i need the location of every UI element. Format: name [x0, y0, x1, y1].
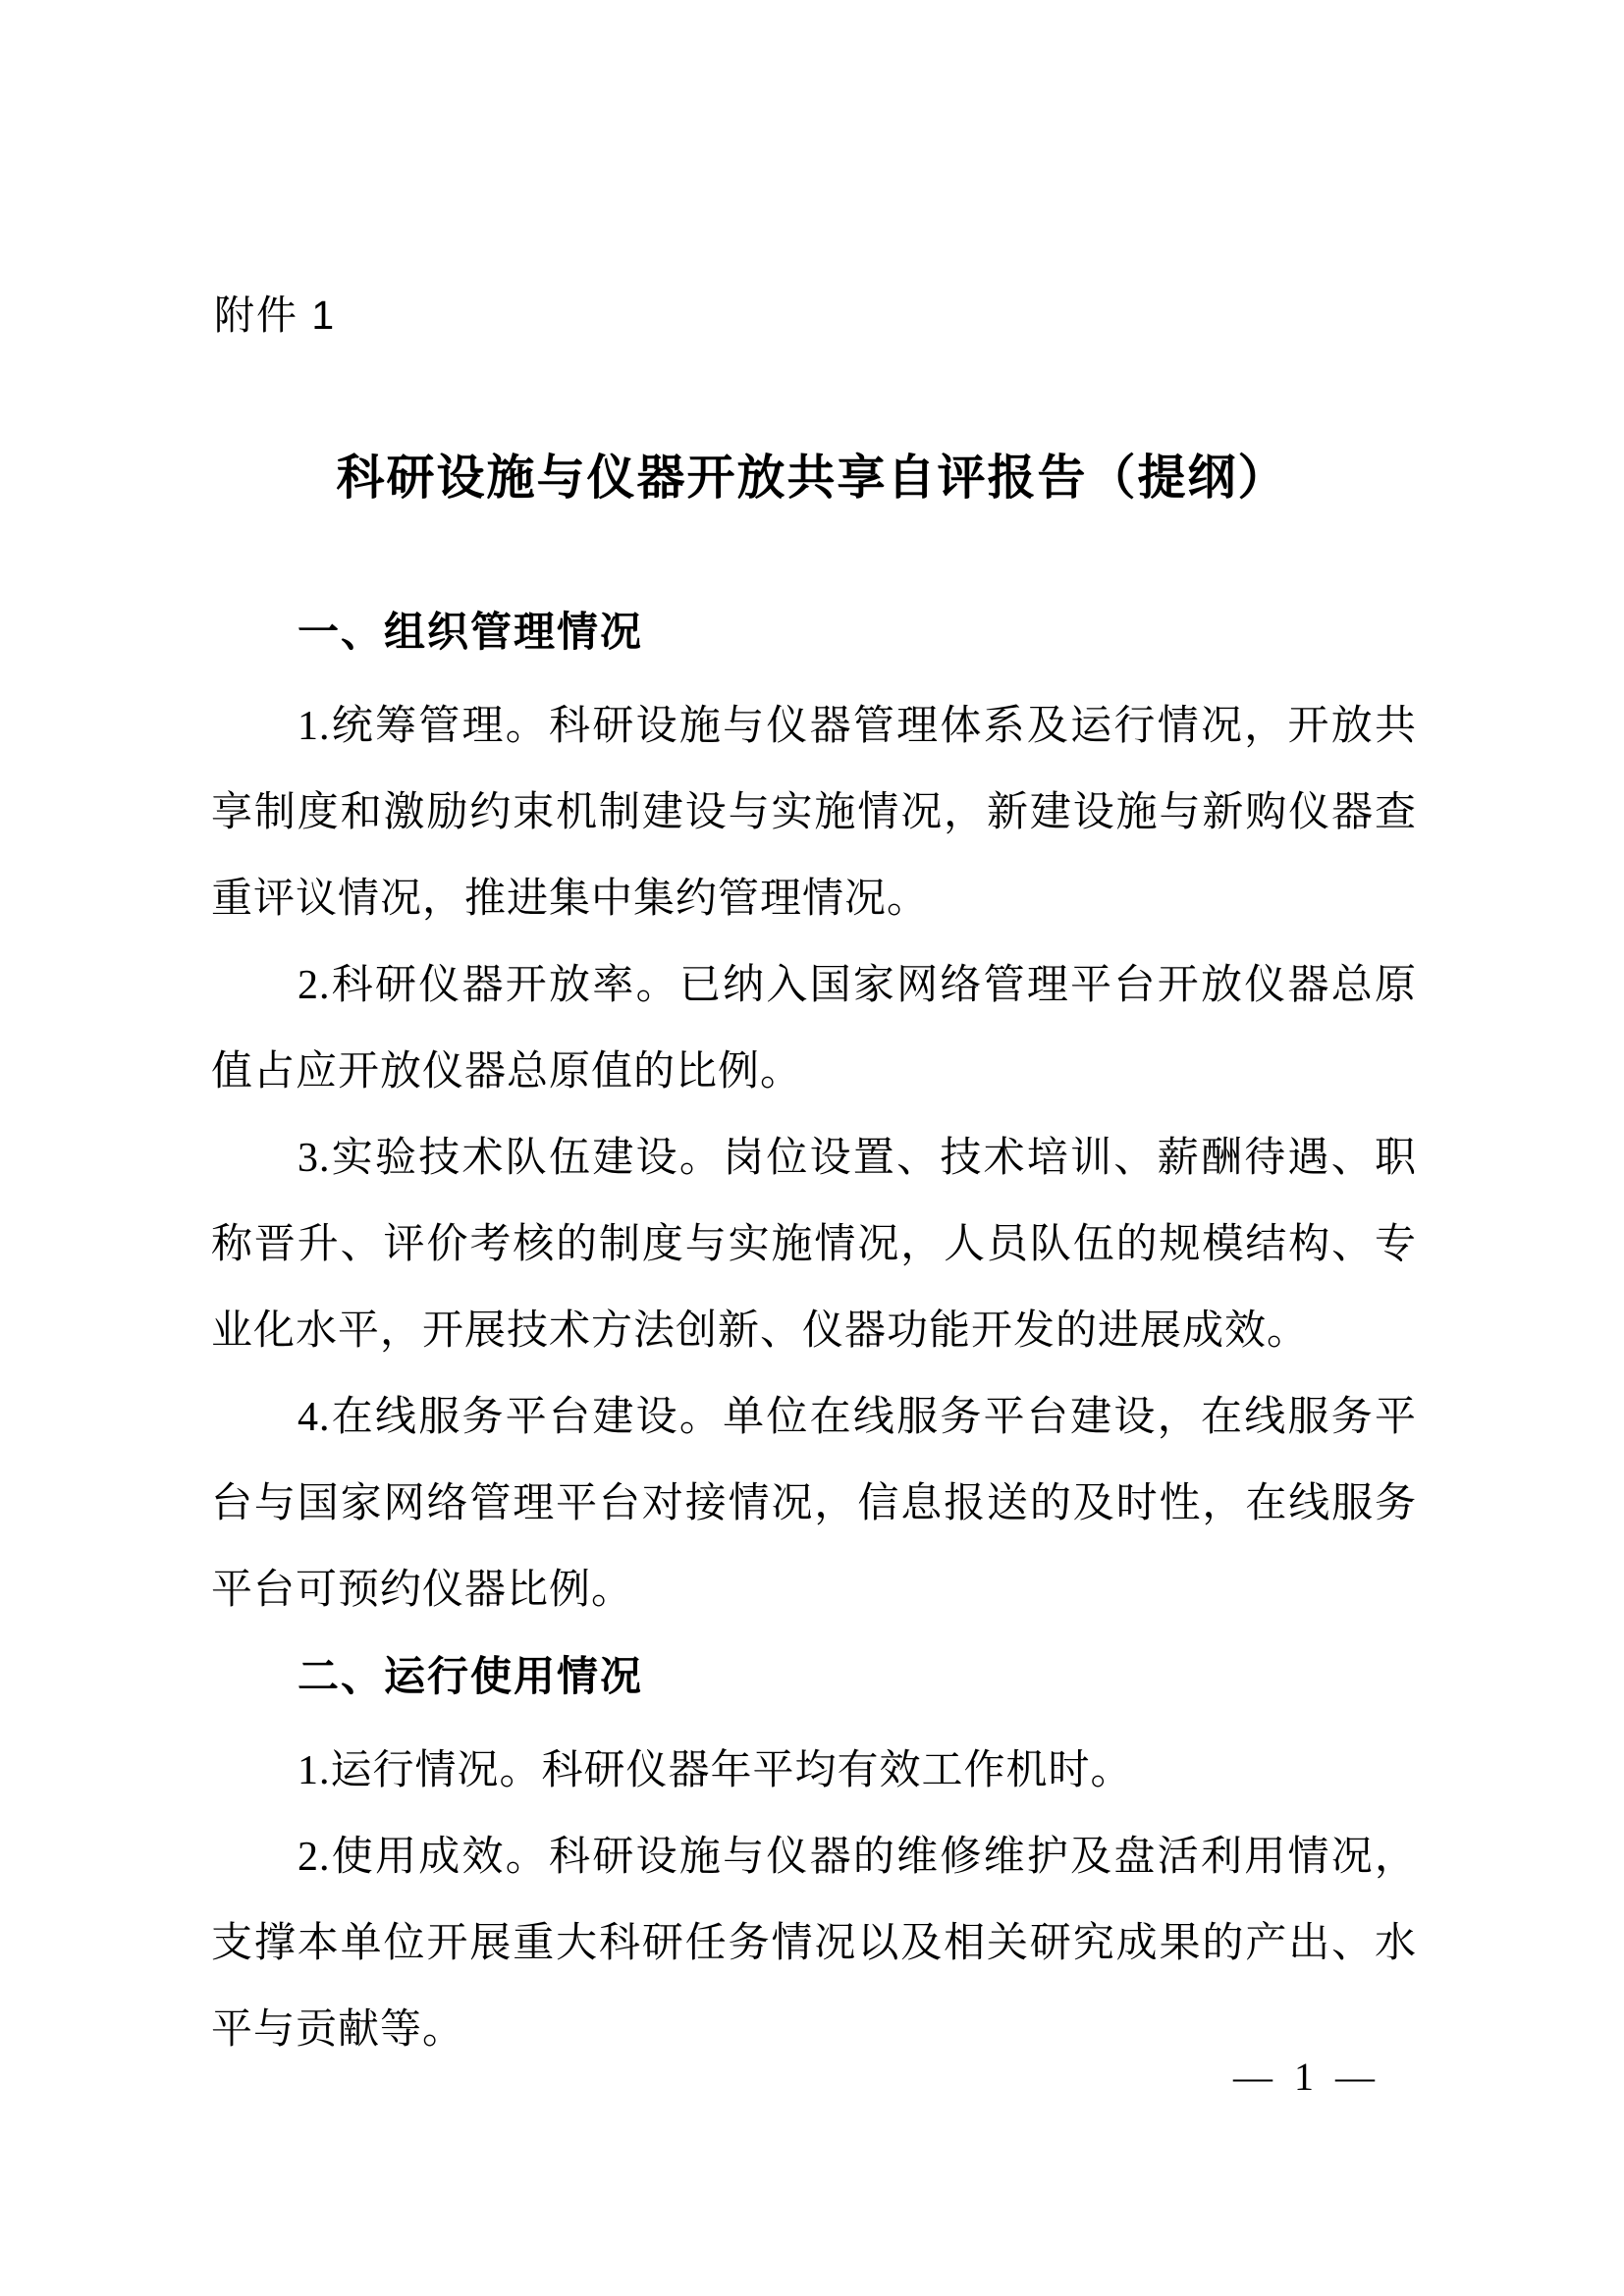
- text-line: 3.实验技术队伍建设。岗位设置、技术培训、薪酬待遇、职: [211, 1115, 1417, 1201]
- paragraph-online-service-platform: 4.在线服务平台建设。单位在线服务平台建设，在线服务平 台与国家网络管理平台对接…: [211, 1374, 1417, 1633]
- document-body: 一、组织管理情况 1.统筹管理。科研设施与仪器管理体系及运行情况，开放共 享制度…: [211, 589, 1417, 2073]
- text-line: 重评议情况，推进集中集约管理情况。: [211, 856, 1417, 942]
- section-heading-organization-management: 一、组织管理情况: [211, 589, 1417, 675]
- text-line: 2.使用成效。科研设施与仪器的维修维护及盘活利用情况，: [211, 1814, 1417, 1900]
- paragraph-operation-status: 1.运行情况。科研仪器年平均有效工作机时。: [211, 1728, 1417, 1814]
- text-line: 业化水平，开展技术方法创新、仪器功能开发的进展成效。: [211, 1288, 1417, 1374]
- text-line: 平台可预约仪器比例。: [211, 1547, 1417, 1633]
- text-line: 值占应开放仪器总原值的比例。: [211, 1029, 1417, 1115]
- document-page: 附件 1 科研设施与仪器开放共享自评报告（提纲） 一、组织管理情况 1.统筹管理…: [0, 0, 1624, 2296]
- text-line: 4.在线服务平台建设。单位在线服务平台建设，在线服务平: [211, 1374, 1417, 1461]
- text-line: 称晋升、评价考核的制度与实施情况，人员队伍的规模结构、专: [211, 1201, 1417, 1288]
- paragraph-technical-team-building: 3.实验技术队伍建设。岗位设置、技术培训、薪酬待遇、职 称晋升、评价考核的制度与…: [211, 1115, 1417, 1374]
- text-line: 享制度和激励约束机制建设与实施情况，新建设施与新购仪器查: [211, 770, 1417, 856]
- text-line: 台与国家网络管理平台对接情况，信息报送的及时性，在线服务: [211, 1461, 1417, 1547]
- text-line: 1.运行情况。科研仪器年平均有效工作机时。: [211, 1728, 1417, 1814]
- page-number: — 1 —: [1233, 2054, 1380, 2100]
- paragraph-usage-effect: 2.使用成效。科研设施与仪器的维修维护及盘活利用情况， 支撑本单位开展重大科研任…: [211, 1814, 1417, 2073]
- text-line: 1.统筹管理。科研设施与仪器管理体系及运行情况，开放共: [211, 683, 1417, 770]
- text-line: 2.科研仪器开放率。已纳入国家网络管理平台开放仪器总原: [211, 942, 1417, 1029]
- paragraph-instrument-open-rate: 2.科研仪器开放率。已纳入国家网络管理平台开放仪器总原 值占应开放仪器总原值的比…: [211, 942, 1417, 1115]
- page-title: 科研设施与仪器开放共享自评报告（提纲）: [0, 440, 1624, 508]
- section-heading-operation-usage: 二、运行使用情况: [211, 1633, 1417, 1720]
- paragraph-overall-management: 1.统筹管理。科研设施与仪器管理体系及运行情况，开放共 享制度和激励约束机制建设…: [211, 683, 1417, 942]
- attachment-label: 附件 1: [214, 283, 336, 341]
- text-line: 支撑本单位开展重大科研任务情况以及相关研究成果的产出、水: [211, 1900, 1417, 1987]
